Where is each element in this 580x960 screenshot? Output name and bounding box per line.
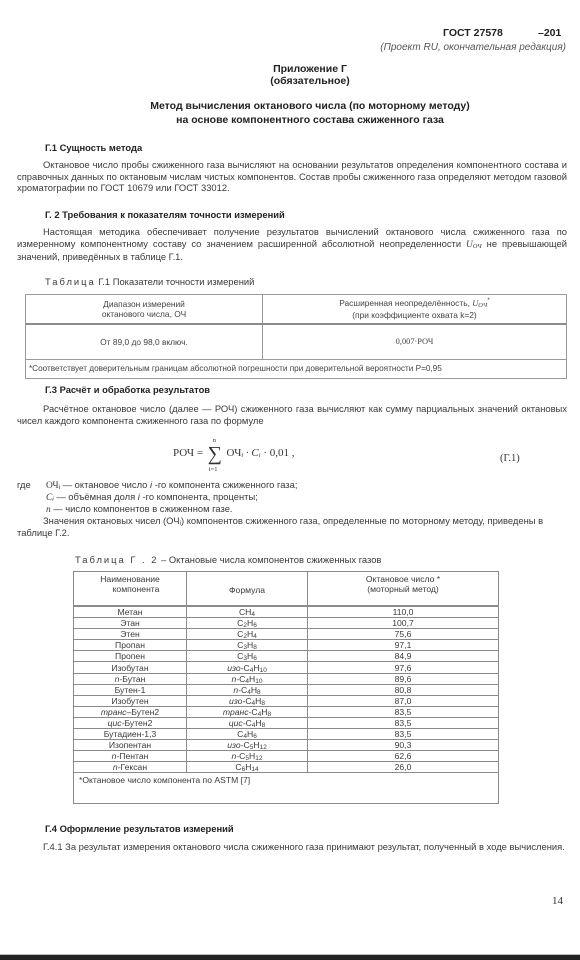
section4-title: Г.4 Оформление результатов измерений — [45, 823, 234, 835]
table2-row: Изобутенизо-C4H887,0 — [74, 695, 499, 706]
component-octane-value: 97,1 — [308, 640, 499, 651]
table2-row: Бутадиен-1,3C4H683,5 — [74, 729, 499, 740]
component-octane-value: 100,7 — [308, 618, 499, 629]
table2-caption-text: – Октановые числа компонентов сжиженных … — [158, 554, 381, 565]
table2-header-formula: Формула — [187, 572, 308, 607]
component-name: цис-Бутен2 — [74, 717, 187, 728]
appendix-heading-line1: Метод вычисления октанового числа (по мо… — [0, 101, 580, 113]
bottom-bar — [0, 954, 580, 960]
component-name: Изопентан — [74, 740, 187, 751]
component-octane-value: 84,9 — [308, 651, 499, 662]
component-formula: n-C5H12 — [187, 751, 308, 762]
table2-row: n-ГексанC6H1426,0 — [74, 762, 499, 773]
table2-row: Изопентанизо-C5H1290,3 — [74, 740, 499, 751]
table1-caption: Таблица Г.1 Показатели точности измерени… — [45, 276, 254, 288]
component-octane-value: 75,6 — [308, 629, 499, 640]
table2-footnote: *Октановое число компонента по ASTM [7] — [74, 773, 499, 804]
section3-text: Расчётное октановое число (далее — РОЧ) … — [17, 403, 567, 426]
component-name: Метан — [74, 606, 187, 618]
standard-number: ГОСТ 27578 — [443, 28, 503, 40]
component-formula: n-C4H8 — [187, 684, 308, 695]
table1-caption-text: Г.1 Показатели точности измерений — [96, 276, 255, 287]
uncertainty-symbol: UОЧ — [466, 240, 482, 250]
component-formula: транс-C4H8 — [187, 706, 308, 717]
component-name: Пропен — [74, 651, 187, 662]
table2-caption-prefix: Таблица Г . 2 — [75, 554, 158, 565]
table2-row: цис-Бутен2цис-C4H883,5 — [74, 717, 499, 728]
table2-row: n-Пентанn-C5H1262,6 — [74, 751, 499, 762]
component-formula: C2H6 — [187, 618, 308, 629]
table2-footnote-row: *Октановое число компонента по ASTM [7] — [74, 773, 499, 804]
formula-lhs: РОЧ = — [173, 447, 203, 459]
appendix-heading-line2: на основе компонентного состава сжиженно… — [0, 115, 580, 127]
table1-caption-prefix: Таблица — [45, 276, 96, 287]
section1-title: Г.1 Сущность метода — [45, 142, 142, 154]
component-octane-value: 89,6 — [308, 673, 499, 684]
table1-header-row: Диапазон измеренийоктанового числа, ОЧ Р… — [26, 295, 567, 325]
component-name: Бутен-1 — [74, 684, 187, 695]
section4-text: Г.4.1 За результат измерения октанового … — [17, 841, 567, 853]
component-name: Пропан — [74, 640, 187, 651]
draft-note: (Проект RU, окончательная редакция) — [380, 42, 566, 54]
component-name: Этен — [74, 629, 187, 640]
component-name: n-Пентан — [74, 751, 187, 762]
component-formula: изо-C5H12 — [187, 740, 308, 751]
section3-title: Г.3 Расчёт и обработка результатов — [45, 384, 210, 396]
component-octane-value: 83,5 — [308, 706, 499, 717]
standard-year-suffix: –201 — [538, 28, 561, 40]
table1-range-value: От 89,0 до 98,0 включ. — [26, 324, 263, 360]
component-octane-value: 90,3 — [308, 740, 499, 751]
where-label: где — [17, 479, 31, 491]
formula-g1: РОЧ = n ∑ i=1 ОЧi · Ci · 0,01 , — [173, 446, 295, 464]
section1-text: Октановое число пробы сжиженного газа вы… — [17, 159, 567, 194]
table2-row: n-Бутанn-C4H1089,6 — [74, 673, 499, 684]
table1-footnote: *Соответствует доверительным границам аб… — [26, 360, 567, 379]
table2-row: ПропенC3H684,9 — [74, 651, 499, 662]
component-name: Изобутан — [74, 662, 187, 673]
component-name: n-Гексан — [74, 762, 187, 773]
table1-accuracy: Диапазон измеренийоктанового числа, ОЧ Р… — [25, 294, 567, 379]
table2-row: транс–Бутен2транс-C4H883,5 — [74, 706, 499, 717]
component-formula: C6H14 — [187, 762, 308, 773]
component-formula: изо-C4H8 — [187, 695, 308, 706]
table2-body: МетанCH4110,0ЭтанC2H6100,7ЭтенC2H475,6Пр… — [74, 606, 499, 773]
standard-code: ГОСТ 27578 — [443, 27, 503, 39]
component-name: Этан — [74, 618, 187, 629]
table2-row: Бутен-1n-C4H880,8 — [74, 684, 499, 695]
component-name: Изобутен — [74, 695, 187, 706]
component-formula: n-C4H10 — [187, 673, 308, 684]
component-name: транс–Бутен2 — [74, 706, 187, 717]
component-octane-value: 83,5 — [308, 729, 499, 740]
section2-title: Г. 2 Требования к показателям точности и… — [45, 209, 285, 221]
component-octane-value: 83,5 — [308, 717, 499, 728]
component-octane-value: 87,0 — [308, 695, 499, 706]
sum-symbol: n ∑ i=1 — [206, 446, 224, 464]
component-name: Бутадиен-1,3 — [74, 729, 187, 740]
table2-row: ЭтенC2H475,6 — [74, 629, 499, 640]
table1-header-range: Диапазон измеренийоктанового числа, ОЧ — [26, 295, 263, 325]
component-formula: CH4 — [187, 606, 308, 618]
component-formula: C3H8 — [187, 640, 308, 651]
table1-footnote-row: *Соответствует доверительным границам аб… — [26, 360, 567, 379]
appendix-status: (обязательное) — [0, 76, 580, 88]
component-octane-value: 26,0 — [308, 762, 499, 773]
table2-octane-numbers: Наименованиекомпонента Формула Октановое… — [73, 571, 499, 804]
component-octane-value: 80,8 — [308, 684, 499, 695]
section2-text: Настоящая методика обеспечивает получени… — [17, 226, 567, 263]
table2-row: МетанCH4110,0 — [74, 606, 499, 618]
table1-uncertainty-value: 0,007·РОЧ — [263, 324, 567, 360]
component-octane-value: 97,6 — [308, 662, 499, 673]
table1-row: От 89,0 до 98,0 включ. 0,007·РОЧ — [26, 324, 567, 360]
component-formula: C3H6 — [187, 651, 308, 662]
table2-header-octane: Октановое число *(моторный метод) — [308, 572, 499, 607]
table2-caption: Таблица Г . 2 – Октановые числа компонен… — [75, 554, 381, 566]
component-formula: C4H6 — [187, 729, 308, 740]
table1-header-uncertainty: Расширенная неопределённость, UОЧ* (при … — [263, 295, 567, 325]
component-name: n-Бутан — [74, 673, 187, 684]
component-formula: C2H4 — [187, 629, 308, 640]
table2-row: ПропанC3H897,1 — [74, 640, 499, 651]
component-octane-value: 110,0 — [308, 606, 499, 618]
table2-header-row: Наименованиекомпонента Формула Октановое… — [74, 572, 499, 607]
component-formula: цис-C4H8 — [187, 717, 308, 728]
formula-number: (Г.1) — [500, 453, 520, 465]
component-octane-value: 62,6 — [308, 751, 499, 762]
page-number: 14 — [552, 896, 563, 908]
table2-header-name: Наименованиекомпонента — [74, 572, 187, 607]
appendix-title: Приложение Г — [0, 64, 580, 76]
section3-text2: Значения октановых чисел (ОЧi) компонент… — [17, 515, 547, 538]
component-formula: изо-C4H10 — [187, 662, 308, 673]
table2-row: ЭтанC2H6100,7 — [74, 618, 499, 629]
table2-row: Изобутанизо-C4H1097,6 — [74, 662, 499, 673]
